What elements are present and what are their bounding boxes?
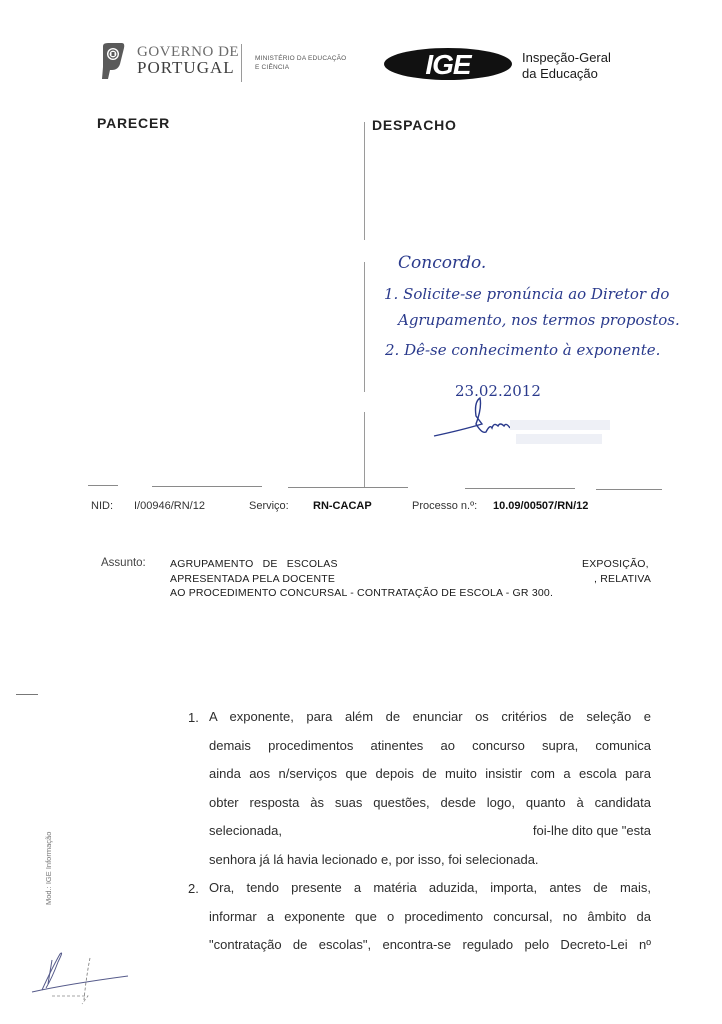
handwritten-line-1: 1. Solicite-se pronúncia ao Diretor do <box>384 285 669 303</box>
paragraph-2-number: 2. <box>188 881 199 896</box>
nid-value: I/00946/RN/12 <box>134 500 205 512</box>
paragraph-1-number: 1. <box>188 710 199 725</box>
ministry-name: MINISTÉRIO DA EDUCAÇÃO E CIÊNCIA <box>255 54 346 72</box>
assunto-line1-right: EXPOSIÇÃO, <box>582 558 649 570</box>
servico-value: RN-CACAP <box>313 500 372 512</box>
paragraph-1-line: demais procedimentos atinentes ao concur… <box>209 732 651 761</box>
handwritten-line-3: 2. Dê-se conhecimento à exponente. <box>385 341 660 359</box>
margin-mark <box>16 694 38 695</box>
assunto-line2-right: , RELATIVA <box>594 573 651 585</box>
paragraph-2-line: informar a exponente que o procedimento … <box>209 903 651 932</box>
government-name-line2: PORTUGAL <box>137 58 235 78</box>
paragraph-2: Ora, tendo presente a matéria aduzida, i… <box>209 874 651 960</box>
paragraph-1-line5-left: selecionada, <box>209 817 282 846</box>
paragraph-1-line: A exponente, para além de enunciar os cr… <box>209 703 651 732</box>
assunto-line2-left: APRESENTADA PELA DOCENTE <box>170 573 335 585</box>
ige-name: Inspeção-Geral da Educação <box>522 50 611 82</box>
assunto-line3: AO PROCEDIMENTO CONCURSAL - CONTRATAÇÃO … <box>170 587 553 599</box>
portugal-emblem-icon <box>100 42 126 80</box>
initials-icon <box>28 948 138 1008</box>
handwritten-line-2: Agrupamento, nos termos propostos. <box>398 311 680 329</box>
assunto-label: Assunto: <box>101 557 146 569</box>
parecer-heading: PARECER <box>97 115 170 131</box>
rule-segment <box>465 488 575 489</box>
despacho-heading: DESPACHO <box>372 117 457 133</box>
column-divider <box>364 262 365 392</box>
ige-name-line2: da Educação <box>522 66 611 82</box>
rule-segment <box>596 489 662 490</box>
paragraph-1-line: senhora já lá havia lecionado e, por iss… <box>209 846 651 875</box>
paragraph-1-line: selecionada, foi-lhe dito que "esta <box>209 817 651 846</box>
svg-text:IGE: IGE <box>425 49 473 80</box>
servico-label: Serviço: <box>249 500 289 512</box>
paragraph-1-line: obter resposta às suas questões, desde l… <box>209 789 651 818</box>
ige-logo-icon: IGE <box>383 47 513 81</box>
processo-value: 10.09/00507/RN/12 <box>493 500 588 512</box>
faded-stamp <box>510 420 620 442</box>
paragraph-2-line: "contratação de escolas", encontra-se re… <box>209 931 651 960</box>
paragraph-1-line5-right: foi-lhe dito que "esta <box>533 817 651 846</box>
paragraph-1: A exponente, para além de enunciar os cr… <box>209 703 651 874</box>
processo-label: Processo n.º: <box>412 500 477 512</box>
ministry-line2: E CIÊNCIA <box>255 63 346 72</box>
rule-segment <box>88 485 118 486</box>
rule-segment <box>152 486 262 487</box>
rule-segment <box>288 487 408 488</box>
form-model-label: Mod.: IGE Informação <box>44 832 53 905</box>
nid-label: NID: <box>91 500 113 512</box>
paragraph-2-line: Ora, tendo presente a matéria aduzida, i… <box>209 874 651 903</box>
handwritten-concordo: Concordo. <box>398 253 486 273</box>
paragraph-1-line: ainda aos n/serviços que depois de muito… <box>209 760 651 789</box>
column-divider <box>364 412 365 488</box>
ministry-line1: MINISTÉRIO DA EDUCAÇÃO <box>255 54 346 63</box>
assunto-line1-left: AGRUPAMENTO DE ESCOLAS <box>170 558 338 570</box>
column-divider <box>364 122 365 240</box>
ige-name-line1: Inspeção-Geral <box>522 50 611 66</box>
logo-divider <box>241 44 242 82</box>
